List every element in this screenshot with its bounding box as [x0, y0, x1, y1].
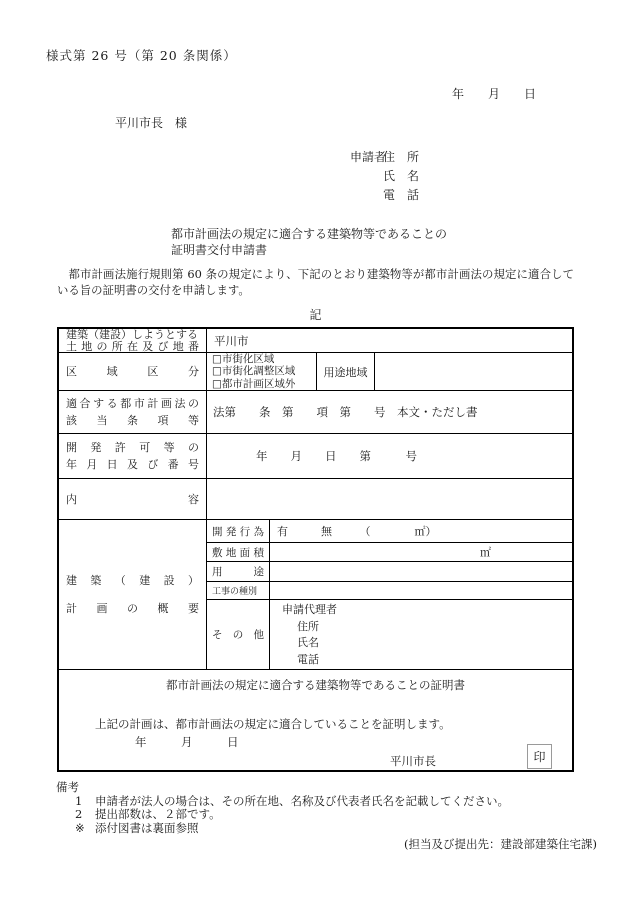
- note-item-2: 2 提出部数は、２部です。: [75, 808, 509, 822]
- applicant-label: 申請者: [350, 148, 386, 165]
- permit-label-cell: 開発許可等の 年月日及び番号: [59, 434, 207, 478]
- plan-content: 開発行為 有 無 （ ㎡） 敷地面積 ㎡ 用途: [207, 520, 572, 669]
- article-value-cell: 法第 条 第 項 第 号 本文・ただし書: [207, 391, 572, 433]
- applicant-fields: 住 所 氏 名 電 話: [383, 148, 419, 204]
- site-area-label: 敷地面積: [212, 545, 264, 560]
- article-label-line2: 該当条項等: [66, 412, 199, 429]
- land-label-line1: 建築（建設）しようとする: [66, 329, 199, 341]
- plan-label-cell: 建築（建設） 計画の概要: [59, 520, 207, 669]
- seal-box: 印: [527, 744, 552, 769]
- notes-heading: 備考: [56, 781, 509, 795]
- applicant-address-label: 住 所: [383, 148, 419, 167]
- land-label-cell: 建築（建設）しようとする 土地の所在及び地番: [59, 329, 207, 352]
- other-label: その他: [212, 627, 264, 642]
- work-type-label: 工事の種別: [212, 584, 264, 597]
- row-land-location: 建築（建設）しようとする 土地の所在及び地番 平川市: [59, 329, 572, 353]
- other-agent-label: 申請代理者: [270, 602, 337, 619]
- certificate-title: 都市計画法の規定に適合する建築物等であることの証明書: [59, 677, 572, 693]
- use-label: 用途: [212, 564, 264, 579]
- subrow-work-type: 工事の種別: [207, 582, 572, 600]
- form-number: 様式第 26 号（第 20 条関係）: [46, 46, 237, 64]
- article-label-line1: 適合する都市計画法の: [66, 395, 199, 412]
- notes-section: 備考 1 申請者が法人の場合は、その所在地、名称及び代表者氏名を記載してください…: [56, 781, 509, 836]
- use-label-cell: 用途: [207, 562, 270, 581]
- subrow-other: その他 申請代理者 住所 氏名 電話: [207, 600, 572, 669]
- certificate-date-line: 年 月 日: [135, 734, 239, 750]
- plan-label-line2: 計画の概要: [66, 595, 199, 623]
- row-content: 内容: [59, 479, 572, 520]
- checkbox-option-outside-city-planning: □都市計画区域外: [212, 378, 311, 390]
- note-item-2-number: 2: [75, 808, 95, 822]
- note-item-1: 1 申請者が法人の場合は、その所在地、名称及び代表者氏名を記載してください。: [75, 795, 509, 809]
- note-item-1-text: 申請者が法人の場合は、その所在地、名称及び代表者氏名を記載してください。: [95, 795, 509, 809]
- other-agent-phone-label: 電話: [270, 652, 337, 669]
- row-building-plan: 建築（建設） 計画の概要 開発行為 有 無 （ ㎡） 敷地面積: [59, 520, 572, 670]
- row-permit-date-number: 開発許可等の 年月日及び番号 年 月 日 第 号: [59, 434, 572, 479]
- site-area-label-cell: 敷地面積: [207, 543, 270, 561]
- contact-line: (担当及び提出先：建設部建築住宅課): [404, 836, 597, 852]
- form-title: 都市計画法の規定に適合する建築物等であることの 証明書交付申請書: [171, 226, 447, 258]
- applicant-name-label: 氏 名: [383, 167, 419, 186]
- certificate-statement: 上記の計画は、都市計画法の規定に適合していることを証明します。: [95, 716, 451, 732]
- other-value-cell: 申請代理者 住所 氏名 電話: [270, 600, 572, 669]
- content-label: 内容: [66, 493, 199, 506]
- body-paragraph-line2: いる旨の証明書の交付を申請します。: [57, 282, 574, 298]
- certificate-signer: 平川市長: [390, 753, 436, 769]
- content-value-cell: [207, 479, 572, 519]
- plan-label-line1: 建築（建設）: [66, 567, 199, 595]
- other-agent-name-label: 氏名: [270, 635, 337, 652]
- permit-value-cell: 年 月 日 第 号: [207, 434, 572, 478]
- certificate-section: 都市計画法の規定に適合する建築物等であることの証明書 上記の計画は、都市計画法の…: [59, 670, 572, 770]
- subrow-development: 開発行為 有 無 （ ㎡）: [207, 520, 572, 543]
- row-zone-classification: 区域区分 □市街化区域 □市街化調整区域 □都市計画区域外 用途地域: [59, 353, 572, 391]
- form-title-line1: 都市計画法の規定に適合する建築物等であることの: [171, 226, 447, 242]
- zone-content: □市街化区域 □市街化調整区域 □都市計画区域外 用途地域: [207, 353, 572, 390]
- development-value-cell: 有 無 （ ㎡）: [270, 520, 572, 542]
- seal-label: 印: [533, 748, 545, 765]
- zone-label: 区域区分: [66, 365, 199, 378]
- use-district-label-cell: 用途地域: [317, 353, 375, 390]
- zone-checkboxes: □市街化区域 □市街化調整区域 □都市計画区域外: [207, 353, 317, 390]
- content-label-cell: 内容: [59, 479, 207, 519]
- site-area-value-cell: ㎡: [270, 543, 572, 561]
- subrow-use: 用途: [207, 562, 572, 582]
- note-item-1-number: 1: [75, 795, 95, 809]
- other-agent-address-label: 住所: [270, 619, 337, 636]
- form-title-line2: 証明書交付申請書: [171, 242, 447, 258]
- land-value-cell: 平川市: [207, 329, 572, 352]
- work-type-label-cell: 工事の種別: [207, 582, 270, 599]
- note-item-2-text: 提出部数は、２部です。: [95, 808, 221, 822]
- article-label-cell: 適合する都市計画法の 該当条項等: [59, 391, 207, 433]
- applicant-phone-label: 電 話: [383, 186, 419, 205]
- checkbox-option-urbanization: □市街化区域: [212, 353, 311, 365]
- permit-label-line2: 年月日及び番号: [66, 456, 199, 473]
- subrow-site-area: 敷地面積 ㎡: [207, 543, 572, 562]
- zone-label-cell: 区域区分: [59, 353, 207, 390]
- main-table: 建築（建設）しようとする 土地の所在及び地番 平川市 区域区分 □市街化区域 □…: [57, 327, 574, 772]
- checkbox-option-urbanization-control: □市街化調整区域: [212, 365, 311, 377]
- body-paragraph: 都市計画法施行規則第 60 条の規定により、下記のとおり建築物等が都市計画法の規…: [57, 266, 574, 298]
- other-label-cell: その他: [207, 600, 270, 669]
- development-label: 開発行為: [212, 524, 264, 539]
- use-value-cell: [270, 562, 572, 581]
- form-page: 様式第 26 号（第 20 条関係） 年 月 日 平川市長 様 申請者 住 所 …: [0, 0, 630, 903]
- note-item-3: ※ 添付図書は裏面参照: [75, 822, 509, 836]
- other-lines: 申請代理者 住所 氏名 電話: [270, 600, 337, 668]
- note-item-3-text: 添付図書は裏面参照: [95, 822, 199, 836]
- addressee: 平川市長 様: [115, 114, 187, 131]
- note-item-3-number: ※: [75, 822, 95, 836]
- permit-label-line1: 開発許可等の: [66, 439, 199, 456]
- body-paragraph-line1: 都市計画法施行規則第 60 条の規定により、下記のとおり建築物等が都市計画法の規…: [57, 266, 574, 282]
- use-district-value-cell: [375, 353, 572, 390]
- row-applicable-article: 適合する都市計画法の 該当条項等 法第 条 第 項 第 号 本文・ただし書: [59, 391, 572, 434]
- land-label-line2: 土地の所在及び地番: [66, 341, 199, 353]
- date-line: 年 月 日: [452, 85, 536, 102]
- development-label-cell: 開発行為: [207, 520, 270, 542]
- work-type-value-cell: [270, 582, 572, 599]
- record-heading: 記: [57, 306, 574, 323]
- site-area-unit: ㎡: [480, 544, 572, 560]
